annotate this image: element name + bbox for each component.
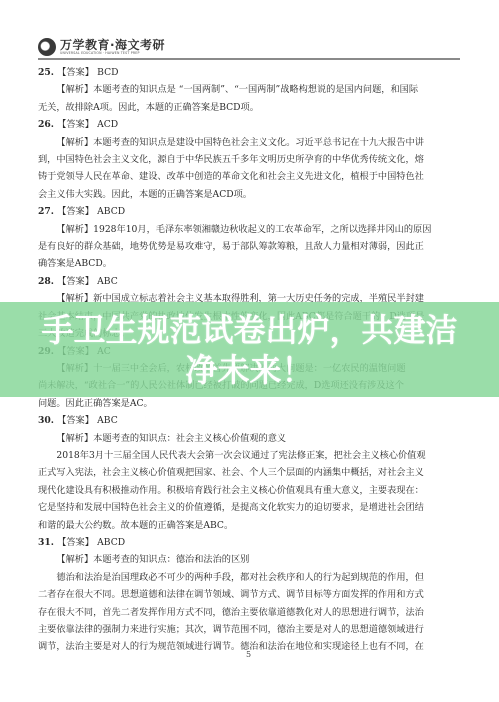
explanation-line: 【解析】本题考查的知识点：社会主义核心价值观的意义 — [38, 430, 462, 447]
explanation-line: 【解析】本题考查的知识点：德治和法治的区别 — [38, 551, 462, 568]
banner-title: 手卫生规范试卷出炉，共建洁净未来！ — [40, 310, 460, 390]
answer-line: 26. 【答案】 ACD — [38, 116, 462, 133]
explanation-line: 到，中国特色社会主义文化，源自于中华民族五千多年文明历史所孕育的中华优秀传统文化… — [38, 151, 462, 168]
answer-line: 27. 【答案】 ABCD — [38, 203, 462, 220]
explanation-line: 正式写入宪法，社会主义核心价值观把国家、社会、个人三个层面的内涵集中概括，对社会… — [38, 464, 462, 481]
page-header: 万学教育·海文考研 UNIVERSAL EDUCATION · HAIWEN T… — [38, 36, 165, 58]
document-page: 万学教育·海文考研 UNIVERSAL EDUCATION · HAIWEN T… — [0, 0, 499, 702]
question-item-27: 27. 【答案】 ABCD 【解析】1928年10月，毛泽东率领湘赣边秋收起义的… — [38, 203, 462, 273]
explanation-line: 它是坚持和发展中国特色社会主义的价值遵循，是提高文化软实力的迫切要求，是增进社会… — [38, 499, 462, 516]
question-item-25: 25. 【答案】 BCD 【解析】本题考查的知识点是 “一国两制”、“一国两制”… — [38, 64, 462, 116]
explanation-line: 铸于党领导人民在革命、建设、改革中创造的革命文化和社会主义先进文化，植根于中国特… — [38, 168, 462, 185]
answer-value: ABC — [97, 276, 118, 287]
answer-value: ABC — [97, 415, 118, 426]
header-divider — [38, 58, 460, 60]
explanation-line: 确答案是ABCD。 — [38, 255, 462, 272]
explanation-line: 会主义伟大实践。因此，本题的正确答案是ACD项。 — [38, 186, 462, 203]
explanation-line: 【解析】本题考查的知识点是 “一国两制”、“一国两制”战略构想说的是国内问题，和… — [38, 81, 462, 98]
question-number: 30. — [38, 415, 54, 426]
answer-label: 【答案】 — [57, 206, 94, 217]
brand-subtitle: UNIVERSAL EDUCATION · HAIWEN TEST PREP — [60, 52, 165, 55]
question-item-31: 31. 【答案】 ABCD 【解析】本题考查的知识点：德治和法治的区别 德治和法… — [38, 534, 462, 656]
explanation-line: 主要依靠法律的强制力来进行实施；其次，调节范围不同，德治主要是对人的思想道德领域… — [38, 621, 462, 638]
explanation-line: 2018年3月十三届全国人民代表大会第一次会议通过了宪法修正案，把社会主义核心价… — [38, 447, 462, 464]
answer-value: ABCD — [97, 206, 125, 217]
answer-value: ABCD — [97, 537, 125, 548]
explanation-line: 存在很大不同，首先二者发挥作用方式不同，德治主要依靠道德教化对人的思想进行调节，… — [38, 604, 462, 621]
explanation-line: 【解析】1928年10月，毛泽东率领湘赣边秋收起义的工农革命军，之所以选择井冈山… — [38, 221, 462, 238]
answer-label: 【答案】 — [57, 67, 94, 78]
question-number: 31. — [38, 537, 54, 548]
question-number: 26. — [38, 119, 54, 130]
answer-value: BCD — [97, 67, 118, 78]
answer-label: 【答案】 — [57, 415, 94, 426]
question-item-30: 30. 【答案】 ABC 【解析】本题考查的知识点：社会主义核心价值观的意义 2… — [38, 412, 462, 534]
answer-line: 28. 【答案】 ABC — [38, 273, 462, 290]
answer-line: 31. 【答案】 ABCD — [38, 534, 462, 551]
answer-line: 30. 【答案】 ABC — [38, 412, 462, 429]
question-number: 27. — [38, 206, 54, 217]
brand-name: 万学教育·海文考研 — [60, 39, 165, 51]
answer-value: ACD — [97, 119, 118, 130]
explanation-line: 是有良好的群众基础，地势优势是易攻难守，易于部队筹款筹粮，且敌人力量相对薄弱，因… — [38, 238, 462, 255]
answer-label: 【答案】 — [57, 276, 94, 287]
answer-line: 25. 【答案】 BCD — [38, 64, 462, 81]
question-number: 25. — [38, 67, 54, 78]
title-banner-overlay: 手卫生规范试卷出炉，共建洁净未来！ — [0, 302, 499, 397]
explanation-line: 二者存在很大不同。思想道德和法律在调节领域、调节方式、调节目标等方面发挥的作用和… — [38, 586, 462, 603]
question-number: 28. — [38, 276, 54, 287]
brand-logo-icon — [38, 38, 56, 56]
explanation-line: 问题。因此正确答案是AC。 — [38, 395, 462, 412]
explanation-line: 现代化建设具有积极推动作用。积极培育践行社会主义核心价值观具有重大意义，主要表现… — [38, 482, 462, 499]
explanation-line: 德治和法治是治国理政必不可少的两种手段，都对社会秩序和人的行为起到规范的作用，但 — [38, 569, 462, 586]
answer-label: 【答案】 — [57, 119, 94, 130]
answer-label: 【答案】 — [57, 537, 94, 548]
explanation-line: 【解析】本题考查的知识点是建设中国特色社会主义文化。习近平总书记在十九大报告中讲 — [38, 134, 462, 151]
question-item-26: 26. 【答案】 ACD 【解析】本题考查的知识点是建设中国特色社会主义文化。习… — [38, 116, 462, 203]
explanation-line: 无关，故排除A项。因此，本题的正确答案是BCD项。 — [38, 99, 462, 116]
brand-logo-text: 万学教育·海文考研 UNIVERSAL EDUCATION · HAIWEN T… — [60, 39, 165, 55]
page-number: 5 — [246, 650, 251, 659]
explanation-line: 和谐的最大公约数。故本题的正确答案是ABC。 — [38, 517, 462, 534]
